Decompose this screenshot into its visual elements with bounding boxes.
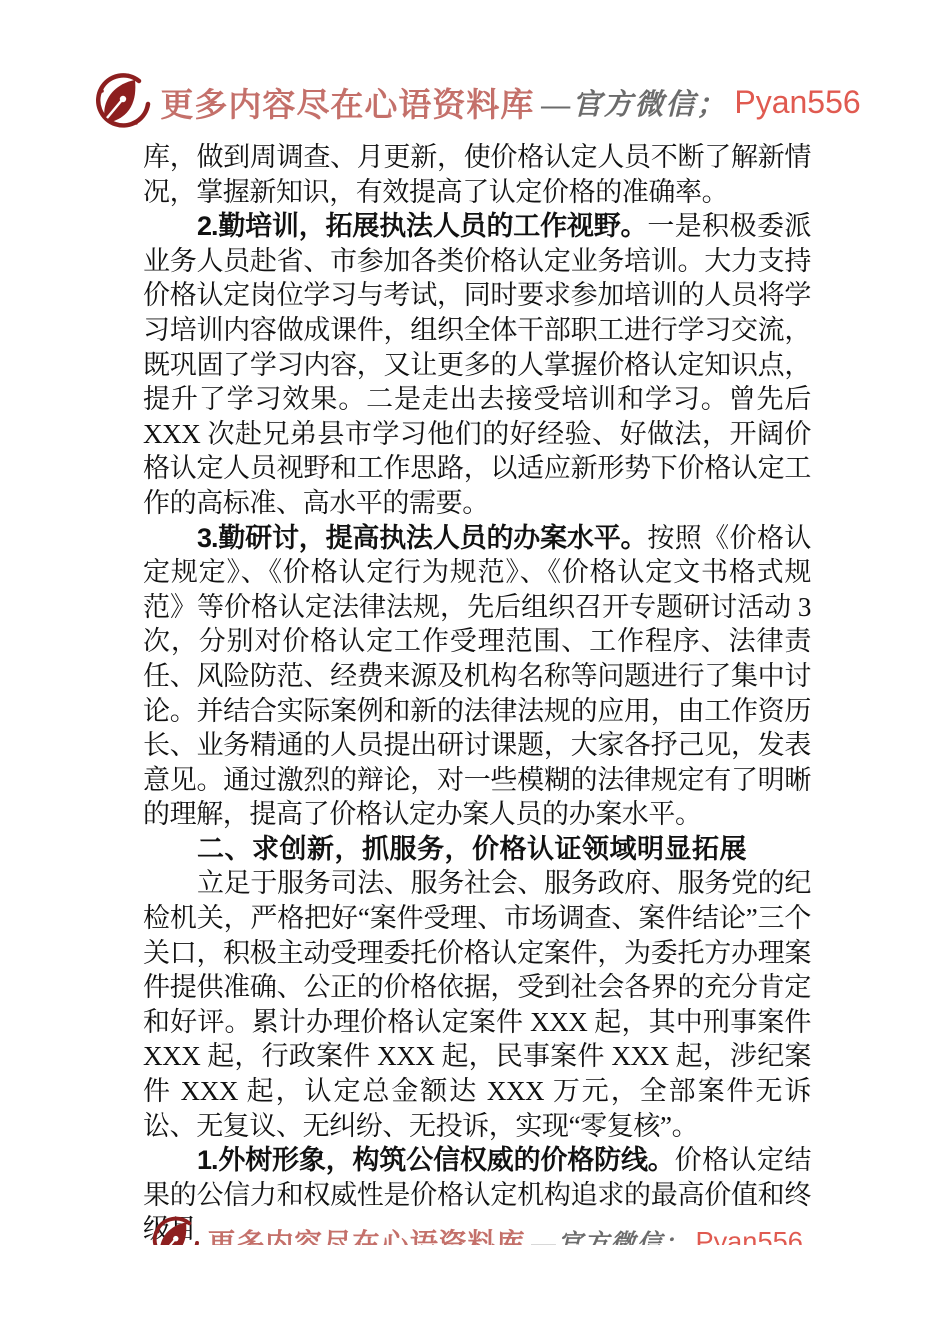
body-text: 按照《价格认定规定》、《价格认定行为规范》、《价格认定文书格式规范》等价格认定法… [143,523,811,830]
paragraph: 库，做到周调查、月更新，使价格认定人员不断了解新情况，掌握新知识，有效提高了认定… [143,140,811,209]
document-page: 更多内容尽在心语资料库 —官方微信； Pyan556 库，做到周调查、月更新，使… [0,0,950,1344]
watermark-label-text: —官方微信； [541,82,727,123]
body-text: 库，做到周调查、月更新，使价格认定人员不断了解新情况，掌握新知识，有效提高了认定… [143,142,811,207]
bold-lead-text: 二、求创新，抓服务，价格认证领域明显拓展 [197,834,747,864]
bold-lead-text: 2.勤培训，拓展执法人员的工作视野。 [197,211,647,241]
paragraph: 2.勤培训，拓展执法人员的工作视野。一是积极委派业务人员赴省、市参加各类价格认定… [143,209,811,520]
bold-lead-text: 1.外树形象，构筑公信权威的价格防线。 [197,1145,675,1175]
section-heading: 二、求创新，抓服务，价格认证领域明显拓展 [143,832,811,867]
watermark-wechat-id: Pyan556 [734,84,860,121]
paragraph: 立足于服务司法、服务社会、服务政府、服务党的纪检机关，严格把好“案件受理、市场调… [143,866,811,1143]
watermark-brand-text: 更多内容尽在心语资料库 [208,1221,526,1245]
header-watermark: 更多内容尽在心语资料库 —官方微信； Pyan556 [0,70,950,134]
watermark-label-text: —官方微信； [531,1224,689,1245]
footer-watermark: 更多内容尽在心语资料库 —官方微信； Pyan556 [0,1214,950,1245]
pen-nib-logo-icon [147,1214,201,1245]
pen-nib-logo-icon [89,70,153,134]
body-text: 一是积极委派业务人员赴省、市参加各类价格认定业务培训。大力支持价格认定岗位学习与… [143,211,811,518]
bold-lead-text: 3.勤研讨，提高执法人员的办案水平。 [197,523,647,553]
paragraph: 3.勤研讨，提高执法人员的办案水平。按照《价格认定规定》、《价格认定行为规范》、… [143,521,811,832]
watermark-brand-text: 更多内容尽在心语资料库 [160,79,534,126]
body-text: 立足于服务司法、服务社会、服务政府、服务党的纪检机关，严格把好“案件受理、市场调… [143,868,811,1140]
watermark-wechat-id: Pyan556 [695,1225,802,1245]
document-body: 库，做到周调查、月更新，使价格认定人员不断了解新情况，掌握新知识，有效提高了认定… [143,140,811,1247]
